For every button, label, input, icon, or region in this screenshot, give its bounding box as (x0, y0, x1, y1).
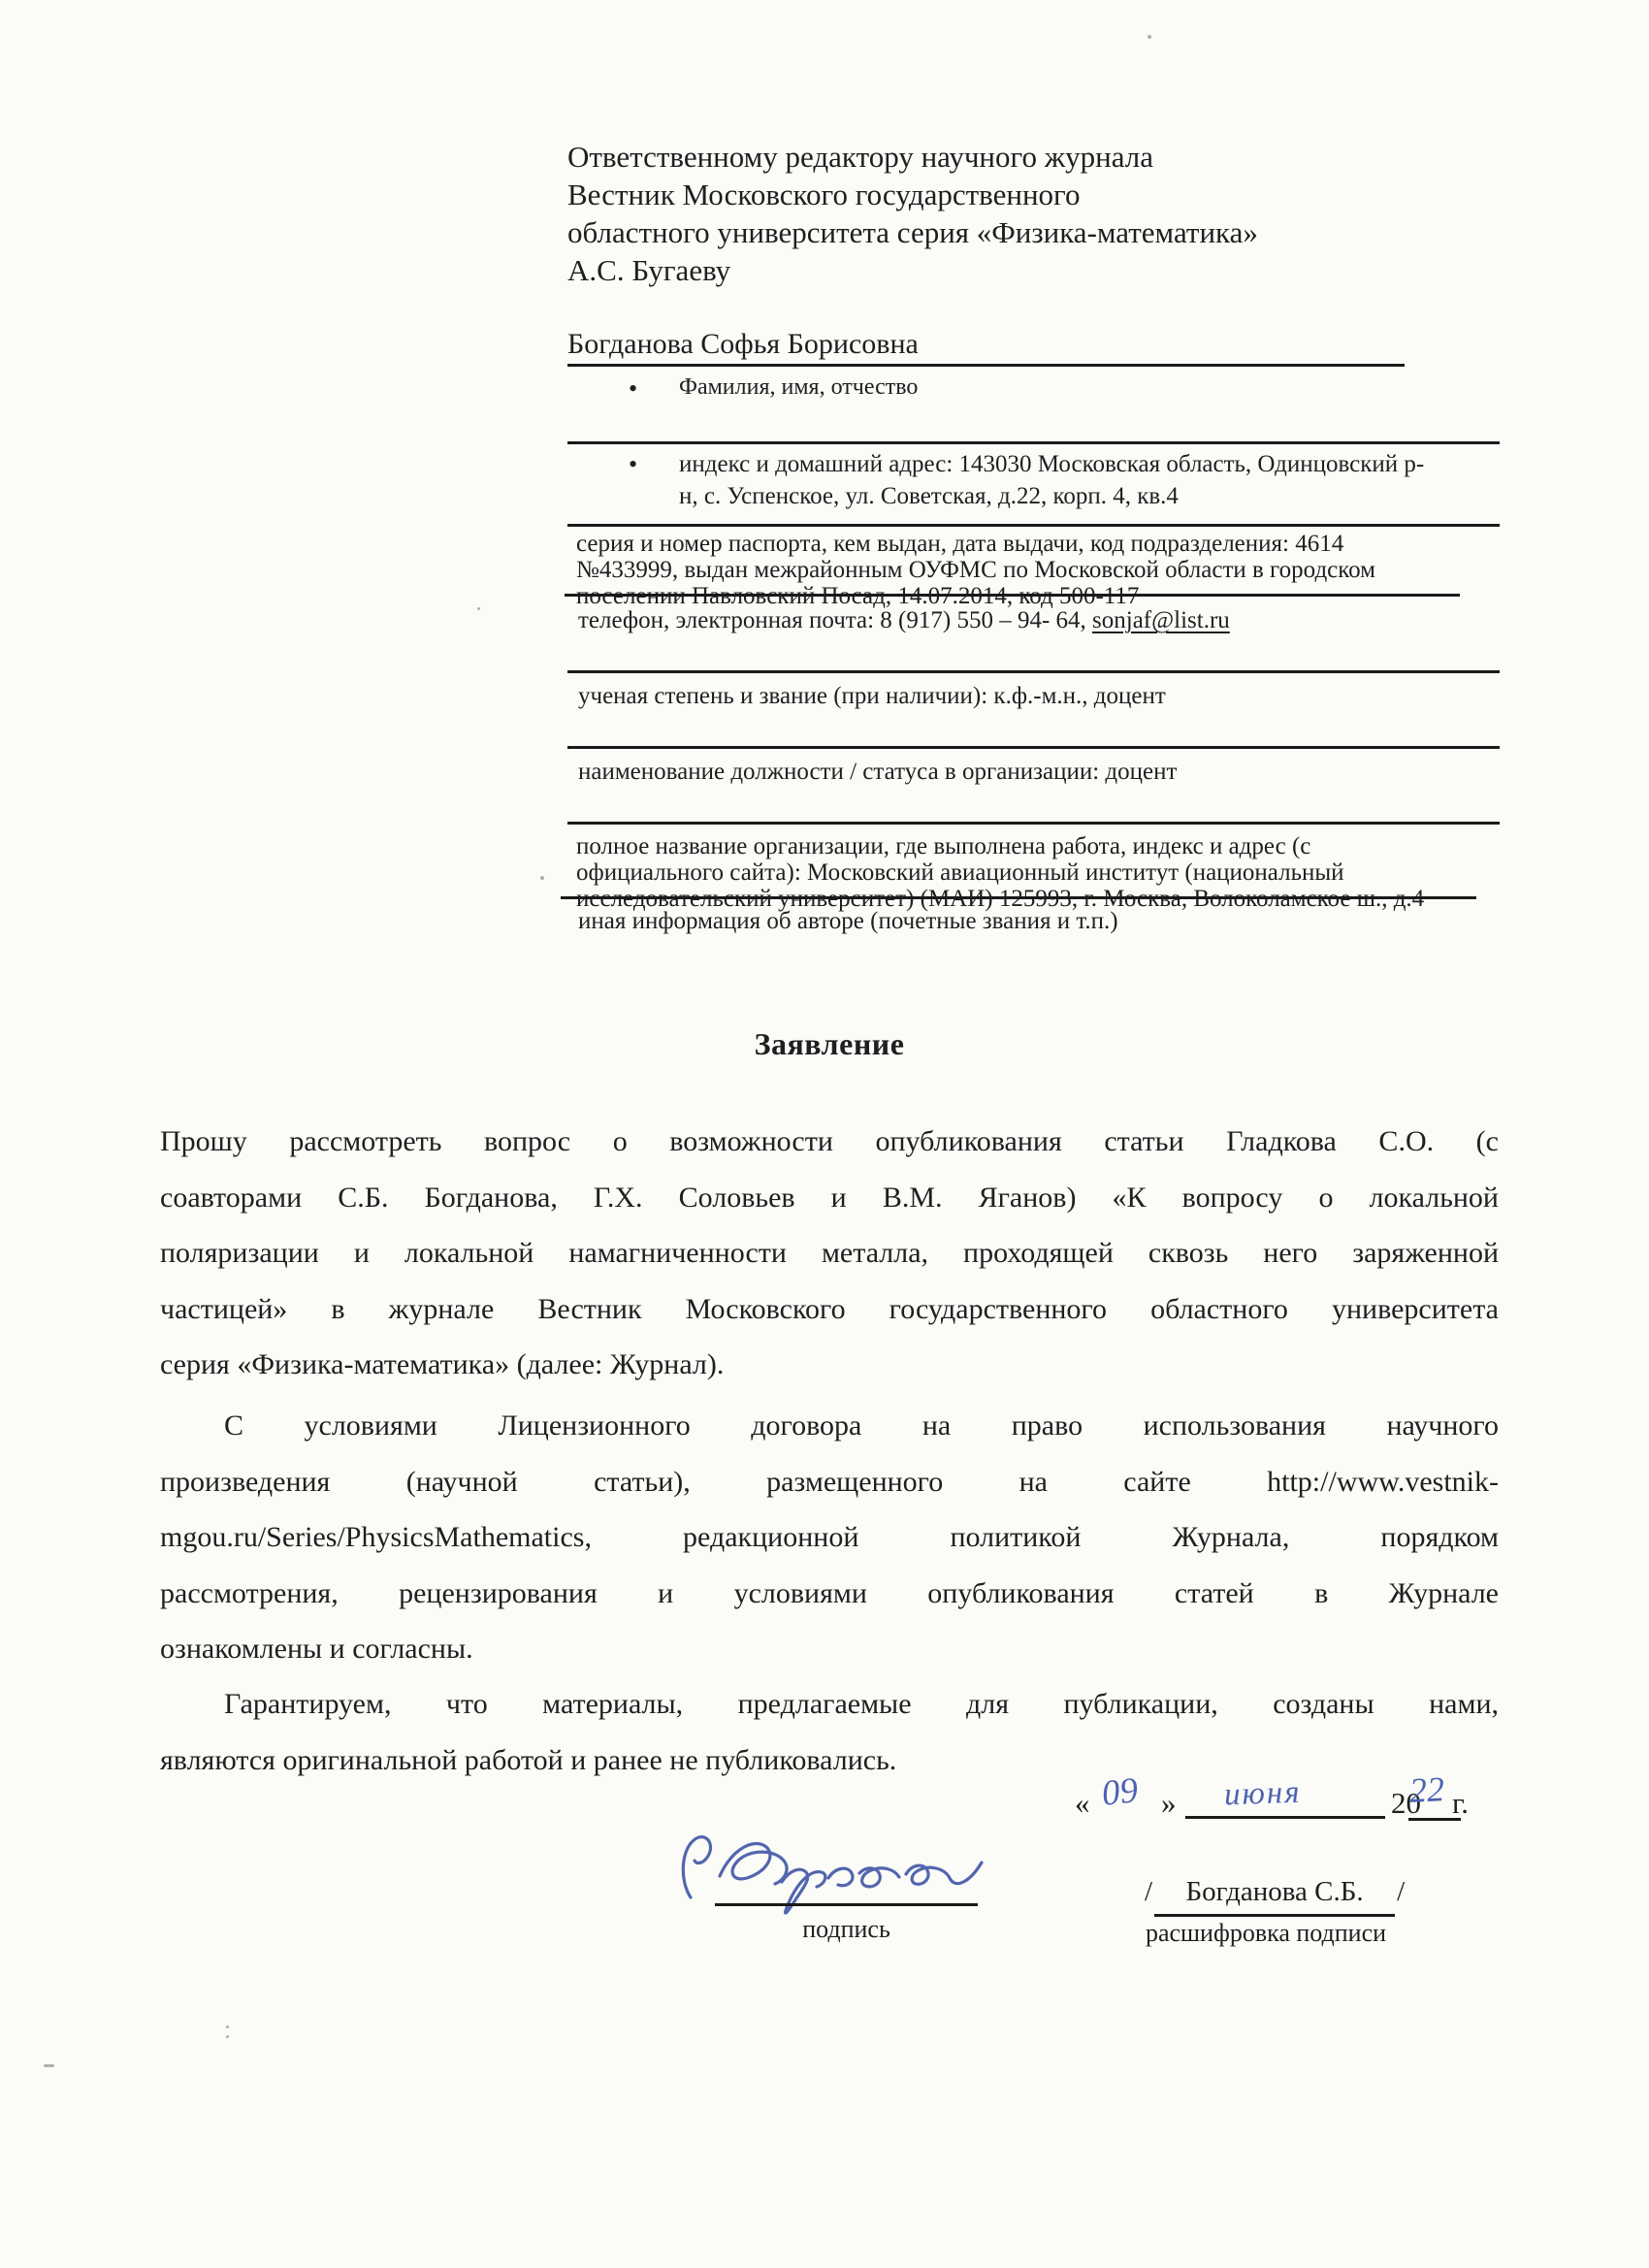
name-field-label-row: • Фамилия, имя, отчество (629, 374, 918, 404)
applicant-name-value: Богданова Софья Борисовна (567, 328, 919, 361)
scan-artifact (226, 2025, 229, 2028)
scan-artifact (1148, 35, 1151, 39)
passport-field-underline (565, 594, 1460, 597)
scan-artifact (44, 2064, 54, 2067)
passport-field-value: серия и номер паспорта, кем выдан, дата … (576, 531, 1505, 609)
name-field-label: Фамилия, имя, отчество (679, 374, 918, 404)
bullet-icon: • (629, 374, 679, 404)
date-open-quote: « (1075, 1786, 1090, 1821)
month-underline (1185, 1816, 1385, 1819)
bullet-icon: • (629, 448, 679, 512)
handwritten-signature (677, 1826, 987, 1923)
handwritten-day: 09 (1100, 1769, 1140, 1815)
field-rule (567, 524, 1500, 527)
signature-label: подпись (715, 1915, 978, 1944)
degree-field: ученая степень и звание (при наличии): к… (578, 683, 1166, 710)
scan-artifact (477, 607, 480, 610)
email-text: sonjaf@list.ru (1092, 607, 1230, 633)
phone-email-text: телефон, электронная почта: 8 (917) 550 … (578, 607, 1092, 633)
address-field-value: индекс и домашний адрес: 143030 Московск… (679, 448, 1502, 512)
address-field-row: • индекс и домашний адрес: 143030 Москов… (629, 448, 1502, 512)
signee-row: / Богданова С.Б. / (1143, 1876, 1406, 1917)
handwritten-year: 22 (1408, 1768, 1445, 1811)
statement-paragraph-3: Гарантируем, что материалы, предлагаемые… (160, 1676, 1499, 1788)
scan-artifact (226, 2035, 229, 2038)
field-rule (567, 670, 1500, 673)
signee-name: Богданова С.Б. (1154, 1876, 1395, 1917)
handwritten-month: июня (1223, 1775, 1302, 1814)
position-field: наименование должности / статуса в орган… (578, 759, 1177, 786)
scan-artifact (540, 876, 544, 880)
organization-field-value: полное название организации, где выполне… (576, 833, 1505, 912)
name-field-underline (567, 364, 1405, 367)
recipient-address-block: Ответственному редактору научного журнал… (567, 138, 1343, 289)
document-title: Заявление (160, 1026, 1499, 1062)
field-rule (567, 441, 1500, 444)
scanned-application-page: Ответственному редактору научного журнал… (0, 0, 1649, 2268)
signature-decode-label: расшифровка подписи (1120, 1919, 1411, 1948)
slash-left: / (1143, 1876, 1154, 1908)
field-rule (567, 822, 1500, 825)
phone-email-field: телефон, электронная почта: 8 (917) 550 … (578, 607, 1230, 634)
slash-right: / (1395, 1876, 1406, 1908)
signature-underline (715, 1903, 978, 1906)
organization-field-underline (561, 896, 1476, 899)
statement-paragraph-1: Прошу рассмотреть вопрос о возможности о… (160, 1114, 1499, 1393)
other-info-label: иная информация об авторе (почетные зван… (578, 908, 1118, 935)
year-suffix: г. (1452, 1786, 1469, 1821)
field-rule (567, 746, 1500, 749)
statement-paragraph-2: С условиями Лицензионного договора на пр… (160, 1398, 1499, 1677)
date-close-quote: » (1161, 1786, 1177, 1821)
